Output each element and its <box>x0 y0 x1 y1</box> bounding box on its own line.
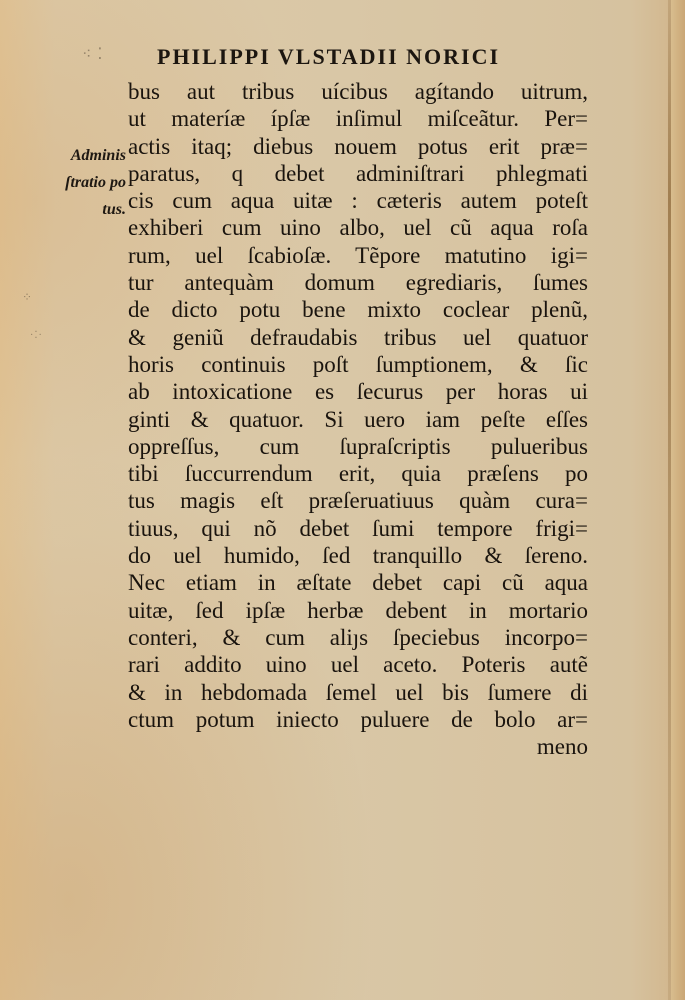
text-line: tus magis eſt præſeruatiuus quàm cura= <box>128 487 588 514</box>
text-line: ginti & quatuor. Si uero iam peſte eſſes <box>128 406 588 433</box>
offset-ink-mark: ·⁚· <box>30 330 43 341</box>
text-line: rum, uel ſcabioſæ. Tẽpore matutino igi= <box>128 242 588 269</box>
text-line: & geniũ defraudabis tribus uel quatuor <box>128 324 588 351</box>
text-line: ab intoxicatione es ſecurus per horas ui <box>128 378 588 405</box>
text-line: uitæ, ſed ipſæ herbæ debent in mortario <box>128 597 588 624</box>
text-line: conteri, & cum aliȷs ſpeciebus incorpo= <box>128 624 588 651</box>
text-line: tur antequàm domum egrediaris, ſumes <box>128 269 588 296</box>
text-line: ctum potum iniecto puluere de bolo ar= <box>128 706 588 733</box>
text-line: horis continuis poſt ſumptionem, & ſic <box>128 351 588 378</box>
text-line: paratus, q debet adminiſtrari phlegmati <box>128 160 588 187</box>
text-line: oppreſſus, cum ſupraſcriptis pulueribus <box>128 433 588 460</box>
catchword: meno <box>128 733 588 760</box>
text-line: de dicto potu bene mixto coclear plenũ, <box>128 296 588 323</box>
running-head: PHILIPPI VLSTADII NORICI <box>157 44 587 70</box>
text-line: Nec etiam in æſtate debet capi cũ aqua <box>128 569 588 596</box>
marginal-note: Adminis ſtratio po tus. <box>26 142 126 223</box>
book-page: ⁖ ⁚ ⁘ ·⁚· PHILIPPI VLSTADII NORICI Admin… <box>0 0 685 1000</box>
text-line: cis cum aqua uitæ : cæteris autem poteſt <box>128 187 588 214</box>
text-line: do uel humido, ſed tranquillo & ſereno. <box>128 542 588 569</box>
page-fold-shadow <box>668 0 671 1000</box>
offset-ink-mark: ⁘ <box>22 290 33 305</box>
text-line: rari addito uino uel aceto. Poteris autẽ <box>128 651 588 678</box>
text-line: exhiberi cum uino albo, uel cũ aqua roſa <box>128 214 588 241</box>
text-line: ut materíæ ípſæ inſimul miſceãtur. Per= <box>128 105 588 132</box>
marginal-note-line: ſtratio po <box>26 169 126 196</box>
text-line: actis itaq; diebus nouem potus erit præ= <box>128 133 588 160</box>
page-edge <box>671 0 685 1000</box>
ink-smudge: ⁖ ⁚ <box>82 44 103 64</box>
text-line: tiuus, qui nõ debet ſumi tempore frigi= <box>128 515 588 542</box>
marginal-note-line: tus. <box>26 196 126 223</box>
text-line: bus aut tribus uícibus agítando uitrum, <box>128 78 588 105</box>
text-line: tibi ſuccurrendum erit, quia præſens po <box>128 460 588 487</box>
marginal-note-line: Adminis <box>26 142 126 169</box>
body-text: bus aut tribus uícibus agítando uitrum, … <box>128 78 588 760</box>
text-line: & in hebdomada ſemel uel bis ſumere di <box>128 679 588 706</box>
